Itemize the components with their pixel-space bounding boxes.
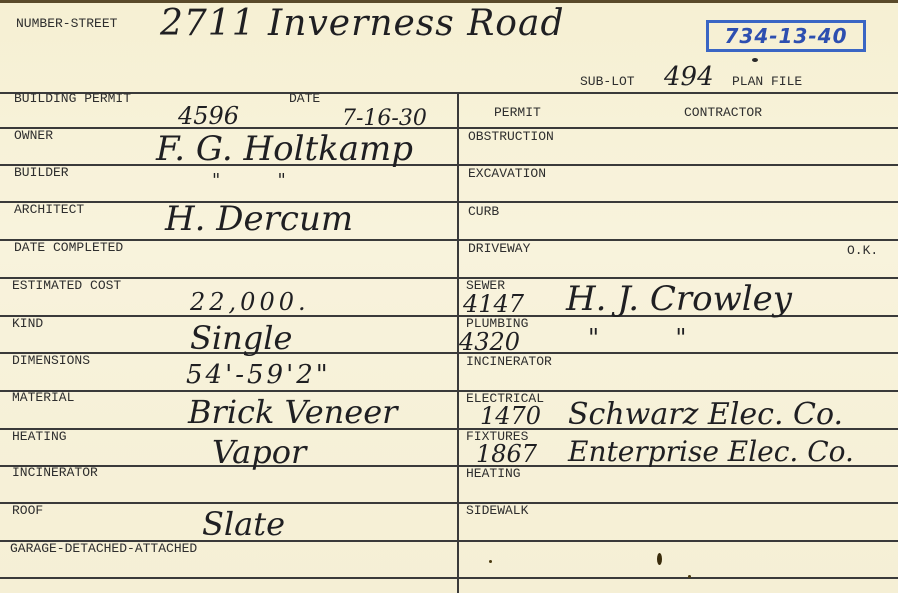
number-street-label: NUMBER-STREET xyxy=(16,17,117,31)
driveway-note: O.K. xyxy=(847,244,878,258)
builder-label: BUILDER xyxy=(14,166,69,180)
material-value: Brick Veneer xyxy=(188,396,397,428)
plumbing-permit: 4320 xyxy=(459,330,520,354)
owner-value: F. G. Holtkamp xyxy=(156,132,413,166)
heating-value: Vapor xyxy=(212,436,306,468)
plumbing-contractor: " " xyxy=(588,326,686,350)
electrical-permit: 1470 xyxy=(480,404,541,428)
rule-line xyxy=(0,127,898,129)
rule-line xyxy=(0,577,898,579)
dimensions-value: 54'-59'2" xyxy=(186,362,331,388)
incinerator-label: INCINERATOR xyxy=(12,466,98,480)
plan-file-label: PLAN FILE xyxy=(732,75,802,89)
fixtures-contractor: Enterprise Elec. Co. xyxy=(568,438,854,466)
rule-line xyxy=(0,352,898,354)
electrical-contractor: Schwarz Elec. Co. xyxy=(568,400,843,430)
owner-label: OWNER xyxy=(14,129,53,143)
sub-lot-value: 494 xyxy=(664,64,714,90)
contractor-column-header: CONTRACTOR xyxy=(684,106,762,120)
permit-column-header: PERMIT xyxy=(494,106,541,120)
sub-lot-label: SUB-LOT xyxy=(580,75,635,89)
rule-line xyxy=(0,201,898,203)
rule-line xyxy=(0,390,898,392)
date-label: DATE xyxy=(289,92,320,106)
builder-value: " " xyxy=(212,172,286,190)
sewer-permit: 4147 xyxy=(463,292,524,316)
building-permit-label: BUILDING PERMIT xyxy=(14,92,131,106)
incinerator-permit-label: INCINERATOR xyxy=(466,355,552,369)
building-permit-card: NUMBER-STREET 2711 Inverness Road 734-13… xyxy=(0,0,898,593)
kind-value: Single xyxy=(190,322,292,354)
heating-permit-label: HEATING xyxy=(466,467,521,481)
garage-label: GARAGE-DETACHED-ATTACHED xyxy=(10,542,197,556)
estimated-cost-label: ESTIMATED COST xyxy=(12,279,121,293)
rule-line xyxy=(0,502,898,504)
estimated-cost-value: 22,000. xyxy=(190,290,310,314)
paper-speck xyxy=(489,560,492,563)
architect-value: H. Dercum xyxy=(165,202,353,236)
paper-speck xyxy=(752,58,758,62)
paper-stain xyxy=(657,553,662,565)
rule-line xyxy=(0,239,898,241)
heating-label: HEATING xyxy=(12,430,67,444)
sewer-contractor: H. J. Crowley xyxy=(566,282,792,316)
fixtures-permit: 1867 xyxy=(476,442,537,466)
kind-label: KIND xyxy=(12,317,43,331)
date-value: 7-16-30 xyxy=(342,108,427,130)
plat-number-stamp: 734-13-40 xyxy=(706,20,866,52)
date-completed-label: DATE COMPLETED xyxy=(14,241,123,255)
obstruction-label: OBSTRUCTION xyxy=(468,130,554,144)
architect-label: ARCHITECT xyxy=(14,203,84,217)
dimensions-label: DIMENSIONS xyxy=(12,354,90,368)
sidewalk-label: SIDEWALK xyxy=(466,504,528,518)
rule-line xyxy=(0,92,898,94)
curb-label: CURB xyxy=(468,205,499,219)
material-label: MATERIAL xyxy=(12,391,74,405)
driveway-label: DRIVEWAY xyxy=(468,242,530,256)
excavation-label: EXCAVATION xyxy=(468,167,546,181)
roof-label: ROOF xyxy=(12,504,43,518)
paper-speck xyxy=(688,575,691,578)
building-permit-value: 4596 xyxy=(178,104,239,128)
number-street-value: 2711 Inverness Road xyxy=(160,6,565,42)
roof-value: Slate xyxy=(202,508,285,540)
rule-line xyxy=(0,164,898,166)
